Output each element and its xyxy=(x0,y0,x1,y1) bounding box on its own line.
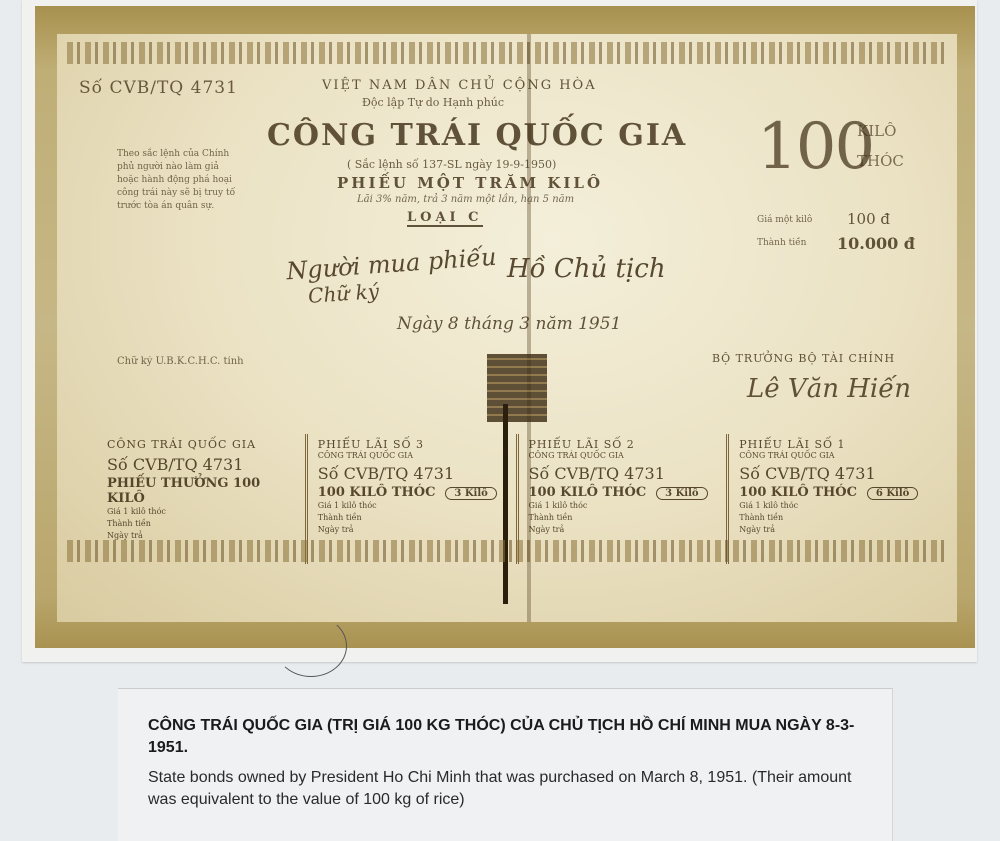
unit-line-1: KILÔ xyxy=(857,116,904,146)
denomination: 100 xyxy=(757,110,873,184)
total-value: 10.000 đ xyxy=(837,234,915,253)
coupon-header: PHIẾU LÃI SỐ 3 xyxy=(318,438,506,451)
total-label: Thành tiền xyxy=(757,238,806,248)
coupon-value: 100 KILÔ THÓC xyxy=(529,485,647,500)
dark-fold-line xyxy=(503,404,508,604)
coupon-number: Số CVB/TQ 4731 xyxy=(318,464,506,483)
denomination-unit: KILÔ THÓC xyxy=(857,116,904,176)
price-label: Giá một kilô xyxy=(757,215,812,225)
unit-line-2: THÓC xyxy=(857,146,904,176)
coupon-line: Thành tiền xyxy=(318,512,506,524)
official-seal xyxy=(487,354,547,422)
ornamental-border-bottom xyxy=(67,540,947,562)
coupon-header: PHIẾU LÃI SỐ 1 xyxy=(739,438,927,451)
purchase-date: Ngày 8 tháng 3 năm 1951 xyxy=(397,314,621,334)
coupon-line: Giá 1 kilô thóc xyxy=(529,500,717,512)
coupon-line: Thành tiền xyxy=(107,518,295,530)
coupon-badge: 3 Kilô xyxy=(445,487,496,500)
coupon-line: Giá 1 kilô thóc xyxy=(739,500,927,512)
coupon-line: Thành tiền xyxy=(529,512,717,524)
coupon-badge: 6 Kilô xyxy=(867,487,918,500)
buyer-name-handwritten: Hồ Chủ tịch xyxy=(507,254,666,284)
ticket-name: PHIẾU MỘT TRĂM KILÔ xyxy=(337,174,603,192)
series-label: LOẠI C xyxy=(407,210,483,227)
coupon-number: Số CVB/TQ 4731 xyxy=(107,455,295,474)
interest-note: Lãi 3% năm, trả 3 năm một lần, hạn 5 năm xyxy=(357,194,574,205)
caption-card: CÔNG TRÁI QUỐC GIA (TRỊ GIÁ 100 KG THÓC)… xyxy=(118,688,893,841)
coupon-subheader: CÔNG TRÁI QUỐC GIA xyxy=(529,451,717,460)
coupon-line: Ngày trả xyxy=(739,524,927,536)
caption-vietnamese: CÔNG TRÁI QUỐC GIA (TRỊ GIÁ 100 KG THÓC)… xyxy=(148,715,868,759)
legal-warning: Theo sắc lệnh của Chính phủ người nào là… xyxy=(117,148,237,213)
minister-title: BỘ TRƯỞNG BỘ TÀI CHÍNH xyxy=(712,352,895,365)
office-signature-note: Chữ ký U.B.K.C.H.C. tỉnh xyxy=(117,356,244,367)
coupon-header: CÔNG TRÁI QUỐC GIA xyxy=(107,438,295,451)
caption-english: State bonds owned by President Ho Chi Mi… xyxy=(148,767,868,811)
coupon-line: Thành tiền xyxy=(739,512,927,524)
coupon-value: 100 KILÔ THÓC xyxy=(739,485,857,500)
buyer-label: Người mua phiếu Chữ ký xyxy=(285,243,499,310)
coupon-line: Giá 1 kilô thóc xyxy=(318,500,506,512)
stray-hair xyxy=(275,615,347,677)
minister-signature: Lê Văn Hiến xyxy=(747,374,911,404)
coupon-value-row: 100 KILÔ THÓC3 Kilô xyxy=(318,485,506,500)
bond-photograph: Số CVB/TQ 4731 VIỆT NAM DÂN CHỦ CỘNG HÒA… xyxy=(35,6,975,648)
coupon-line: Ngày trả xyxy=(529,524,717,536)
coupon-value: PHIẾU THƯỞNG 100 KILÔ xyxy=(107,476,295,506)
serial-number: Số CVB/TQ 4731 xyxy=(79,78,238,98)
coupon-value-row: 100 KILÔ THÓC6 Kilô xyxy=(739,485,927,500)
coupon-value-row: 100 KILÔ THÓC3 Kilô xyxy=(529,485,717,500)
state-bond-document: Số CVB/TQ 4731 VIỆT NAM DÂN CHỦ CỘNG HÒA… xyxy=(57,34,957,622)
decree-reference: ( Sắc lệnh số 137-SL ngày 19-9-1950) xyxy=(347,158,556,171)
republic-heading: VIỆT NAM DÂN CHỦ CỘNG HÒA xyxy=(322,78,597,93)
coupon-header: PHIẾU LÃI SỐ 2 xyxy=(529,438,717,451)
price-value: 100 đ xyxy=(847,210,890,228)
coupon-line: Ngày trả xyxy=(318,524,506,536)
coupon-number: Số CVB/TQ 4731 xyxy=(739,464,927,483)
coupon-line: Giá 1 kilô thóc xyxy=(107,506,295,518)
coupon-subheader: CÔNG TRÁI QUỐC GIA xyxy=(318,451,506,460)
bond-title: CÔNG TRÁI QUỐC GIA xyxy=(267,118,687,153)
ornamental-border-top xyxy=(67,42,947,64)
coupon-subheader: CÔNG TRÁI QUỐC GIA xyxy=(739,451,927,460)
national-motto: Độc lập Tự do Hạnh phúc xyxy=(362,96,504,109)
coupon-badge: 3 Kilô xyxy=(656,487,707,500)
coupon-value: 100 KILÔ THÓC xyxy=(318,485,436,500)
coupon-number: Số CVB/TQ 4731 xyxy=(529,464,717,483)
